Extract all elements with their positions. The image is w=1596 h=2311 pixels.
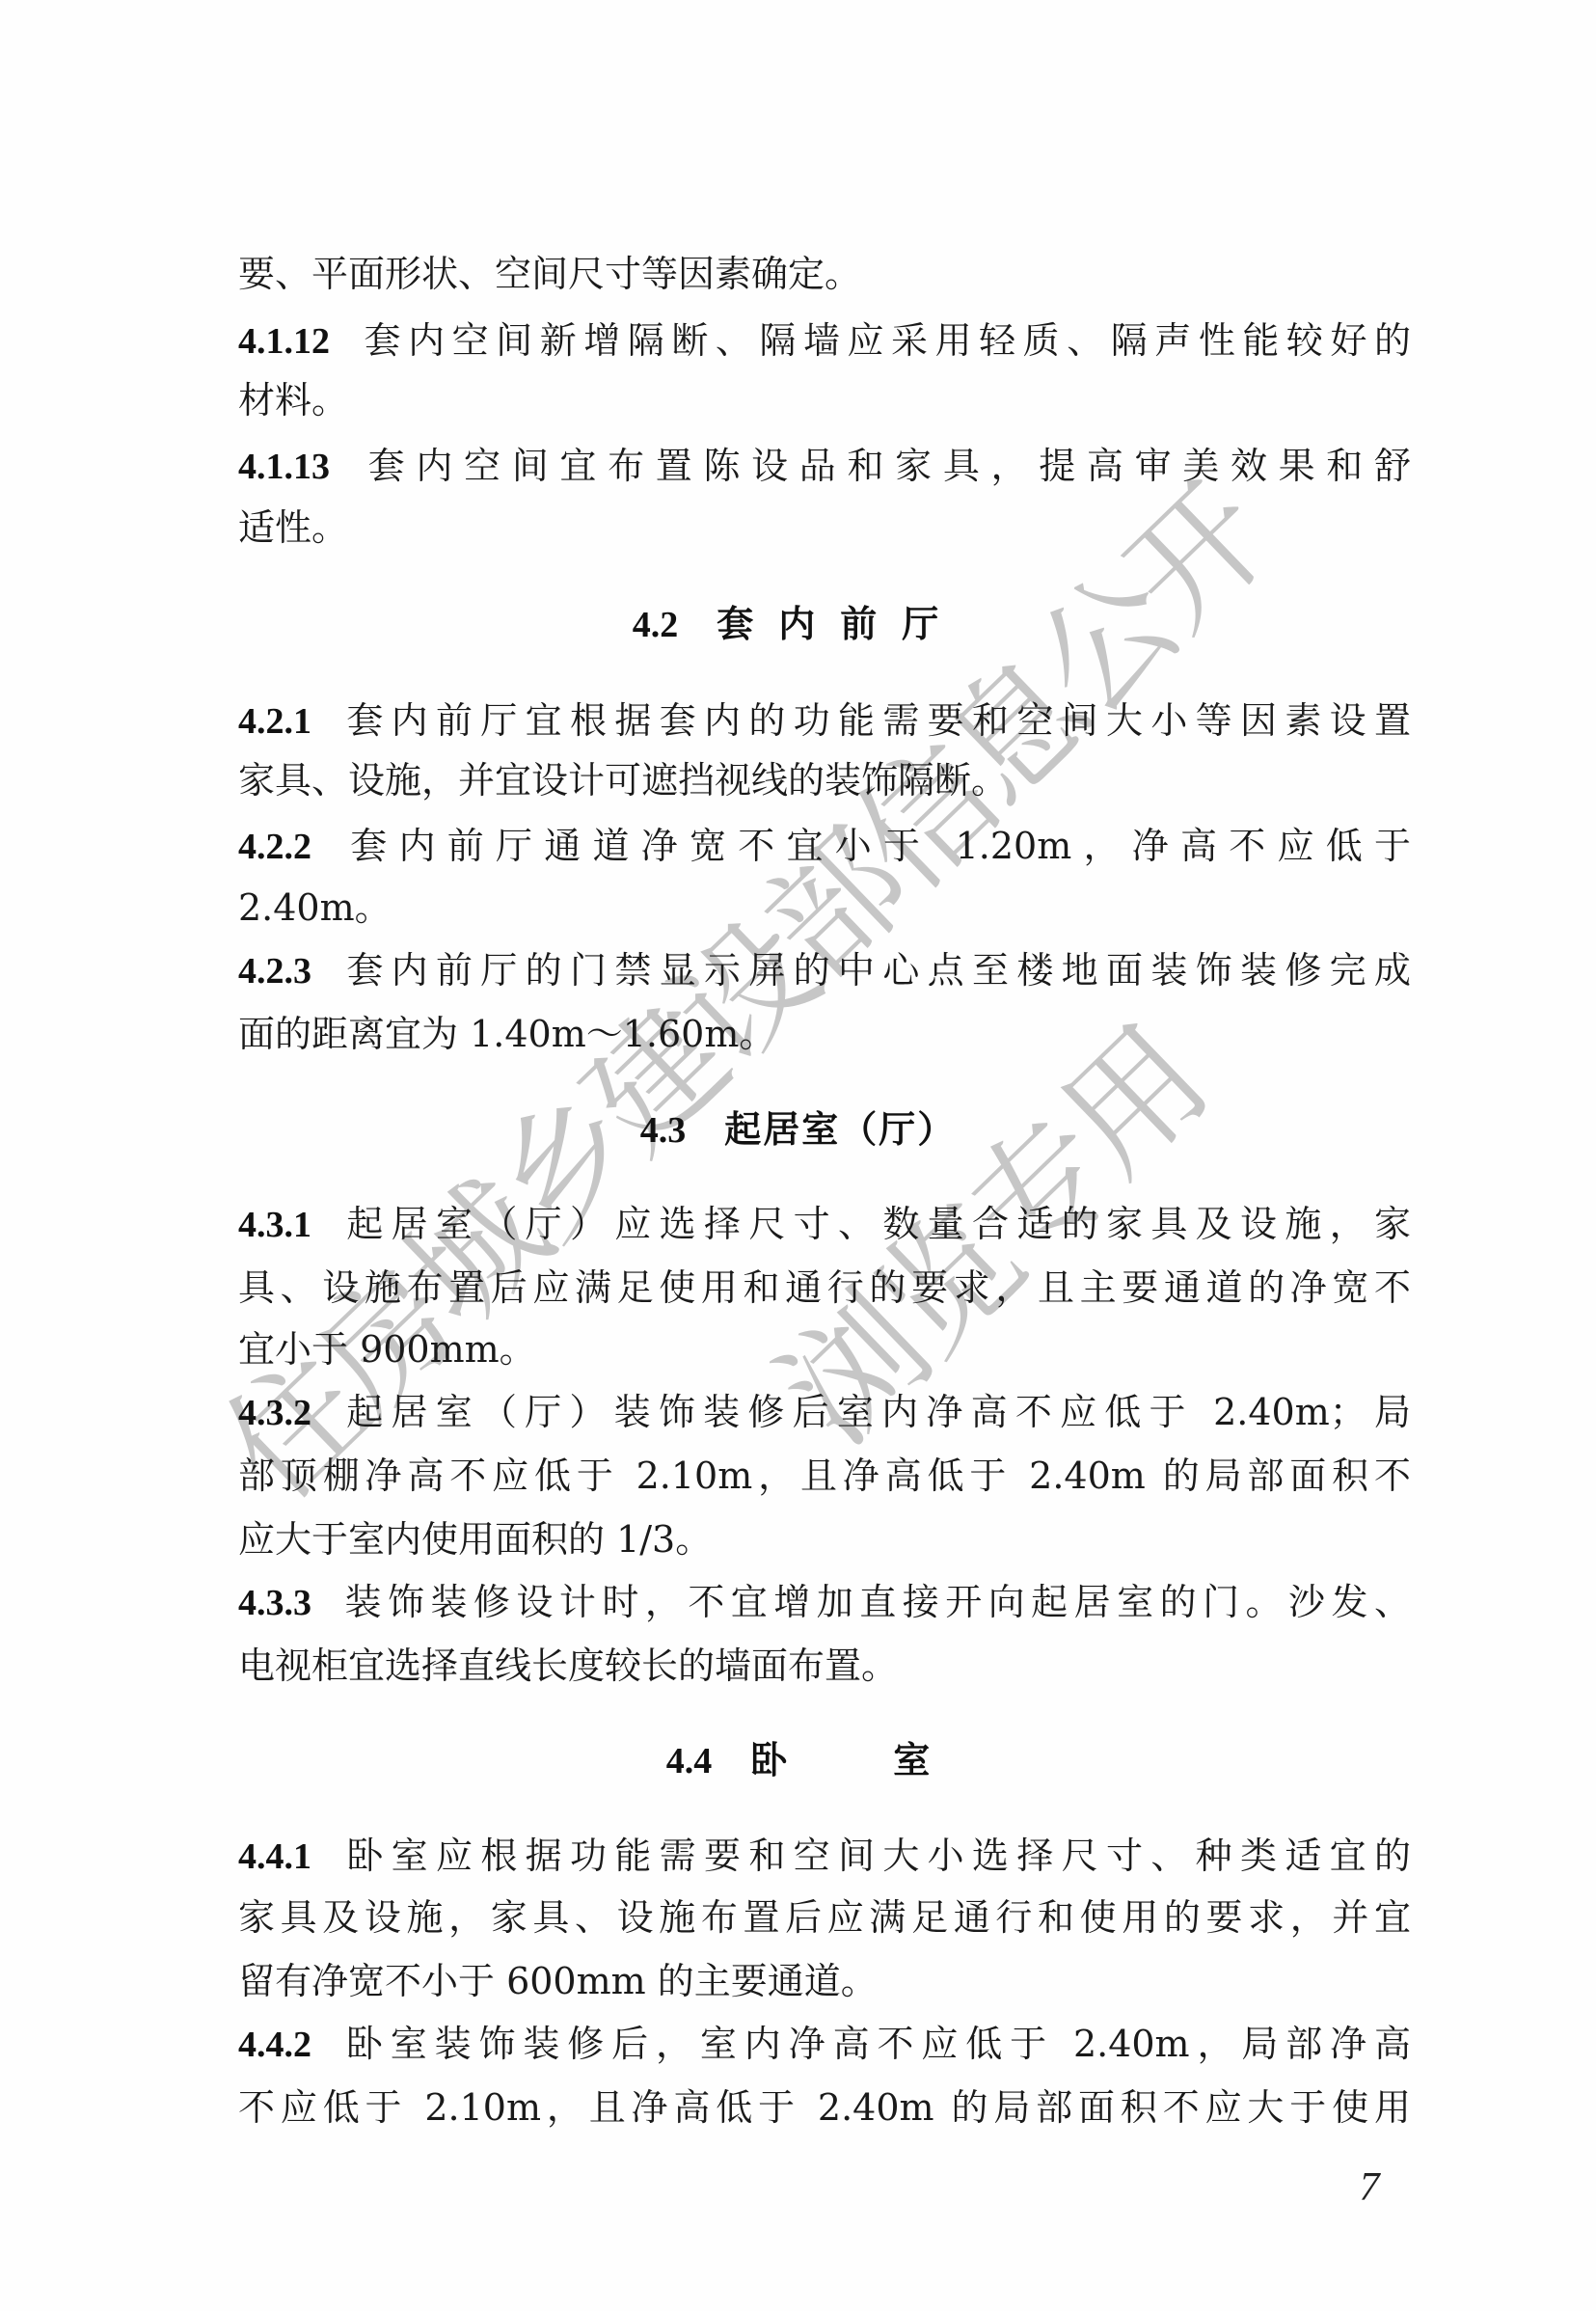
clause-text: 家具及设施，家具、设施布置后应满足通行和使用的要求，并宜 (238, 1896, 1411, 1939)
section-title: 起居室（厅） (724, 1108, 956, 1151)
clause-4-3-1: 4.3.1起居室（厅）应选择尺寸、数量合适的家具及设施，家 (238, 1200, 1411, 1248)
clause-text: 套内前厅宜根据套内的功能需要和空间大小等因素设置 (338, 699, 1411, 742)
document-page: 住房城乡建设部信息公开 浏览专用 要、平面形状、空间尺寸等因素确定。 4.1.1… (0, 0, 1596, 2311)
clause-text: 套内前厅的门禁显示屏的中心点至楼地面装饰装修完成 (338, 949, 1411, 992)
clause-4-4-1-continued: 家具及设施，家具、设施布置后应满足通行和使用的要求，并宜 (238, 1893, 1411, 1942)
clause-text: 起居室（厅）装饰装修后室内净高不应低于 2.40m；局 (338, 1391, 1411, 1433)
clause-number: 4.4.1 (238, 1833, 311, 1881)
clause-text: 2.40m。 (238, 886, 392, 929)
clause-4-2-3: 4.2.3套内前厅的门禁显示屏的中心点至楼地面装饰装修完成 (238, 946, 1411, 994)
clause-text: 应大于室内使用面积的 1/3。 (238, 1518, 712, 1561)
clause-4-2-1: 4.2.1套内前厅宜根据套内的功能需要和空间大小等因素设置 (238, 696, 1411, 745)
clause-4-4-1-continued-2: 留有净宽不小于 600mm 的主要通道。 (238, 1957, 1411, 2005)
clause-4-3-2-continued-2: 应大于室内使用面积的 1/3。 (238, 1515, 1411, 1563)
clause-4-4-2-continued: 不应低于 2.10m，且净高低于 2.40m 的局部面积不应大于使用 (238, 2083, 1411, 2132)
clause-text: 卧室应根据功能需要和空间大小选择尺寸、种类适宜的 (338, 1835, 1411, 1877)
clause-number: 4.2.1 (238, 697, 311, 746)
clause-number: 4.1.13 (238, 443, 330, 491)
clause-text: 电视柜宜选择直线长度较长的墙面布置。 (238, 1645, 898, 1687)
section-number: 4.3 (640, 1110, 687, 1151)
clause-text: 装饰装修设计时，不宜增加直接开向起居室的门。沙发、 (338, 1581, 1411, 1623)
section-number: 4.2 (633, 605, 679, 645)
clause-text: 部顶棚净高不应低于 2.10m，且净高低于 2.40m 的局部面积不 (238, 1455, 1411, 1497)
clause-4-3-2: 4.3.2起居室（厅）装饰装修后室内净高不应低于 2.40m；局 (238, 1388, 1411, 1436)
paragraph-continuation: 要、平面形状、空间尺寸等因素确定。 (238, 250, 1411, 298)
section-heading-4-3: 4.3起居室（厅） (0, 1102, 1596, 1156)
clause-text: 不应低于 2.10m，且净高低于 2.40m 的局部面积不应大于使用 (238, 2086, 1411, 2129)
clause-4-3-3: 4.3.3装饰装修设计时，不宜增加直接开向起居室的门。沙发、 (238, 1578, 1411, 1626)
clause-text: 面的距离宜为 1.40m～1.60m。 (238, 1013, 775, 1055)
clause-text: 材料。 (238, 379, 348, 421)
clause-number: 4.3.3 (238, 1579, 311, 1627)
clause-4-1-13: 4.1.13套内空间宜布置陈设品和家具，提高审美效果和舒 (238, 442, 1411, 490)
clause-text: 套内空间宜布置陈设品和家具，提高审美效果和舒 (357, 445, 1411, 487)
clause-4-2-1-continued: 家具、设施，并宜设计可遮挡视线的装饰隔断。 (238, 756, 1411, 804)
clause-4-3-1-continued-2: 宜小于 900mm。 (238, 1325, 1411, 1373)
clause-number: 4.1.12 (238, 317, 330, 366)
clause-4-3-1-continued: 具、设施布置后应满足使用和通行的要求，且主要通道的净宽不 (238, 1264, 1411, 1312)
clause-text: 宜小于 900mm。 (238, 1328, 536, 1371)
clause-text: 套内前厅通道净宽不宜小于 1.20m，净高不应低于 (338, 825, 1411, 867)
clause-4-4-2: 4.4.2卧室装饰装修后，室内净高不应低于 2.40m，局部净高 (238, 2020, 1411, 2068)
section-number: 4.4 (666, 1741, 713, 1781)
clause-number: 4.2.2 (238, 823, 311, 871)
clause-text: 卧室装饰装修后，室内净高不应低于 2.40m，局部净高 (338, 2023, 1411, 2065)
clause-text: 家具、设施，并宜设计可遮挡视线的装饰隔断。 (238, 759, 1008, 802)
clause-4-2-2-continued: 2.40m。 (238, 884, 1411, 932)
clause-4-2-3-continued: 面的距离宜为 1.40m～1.60m。 (238, 1010, 1411, 1058)
page-number: 7 (1350, 2161, 1389, 2215)
clause-4-1-13-continued: 适性。 (238, 503, 1411, 552)
section-heading-4-4: 4.4卧室 (0, 1733, 1596, 1787)
clause-4-4-1: 4.4.1卧室应根据功能需要和空间大小选择尺寸、种类适宜的 (238, 1832, 1411, 1880)
section-title: 套内前厅 (717, 603, 963, 645)
clause-number: 4.3.1 (238, 1201, 311, 1249)
clause-4-3-3-continued: 电视柜宜选择直线长度较长的墙面布置。 (238, 1642, 1411, 1690)
clause-text: 套内空间新增隔断、隔墙应采用轻质、隔声性能较好的 (357, 319, 1411, 362)
section-title: 卧室 (750, 1739, 1036, 1781)
clause-4-2-2: 4.2.2套内前厅通道净宽不宜小于 1.20m，净高不应低于 (238, 822, 1411, 870)
clause-number: 4.4.2 (238, 2021, 311, 2069)
clause-text: 适性。 (238, 506, 348, 549)
paragraph-text: 要、平面形状、空间尺寸等因素确定。 (238, 253, 861, 295)
clause-4-1-12-continued: 材料。 (238, 376, 1411, 424)
clause-4-1-12: 4.1.12套内空间新增隔断、隔墙应采用轻质、隔声性能较好的 (238, 316, 1411, 365)
clause-number: 4.2.3 (238, 947, 311, 995)
clause-number: 4.3.2 (238, 1389, 311, 1437)
section-heading-4-2: 4.2套内前厅 (0, 597, 1596, 651)
clause-text: 起居室（厅）应选择尺寸、数量合适的家具及设施，家 (338, 1203, 1411, 1245)
clause-4-3-2-continued: 部顶棚净高不应低于 2.10m，且净高低于 2.40m 的局部面积不 (238, 1452, 1411, 1500)
clause-text: 具、设施布置后应满足使用和通行的要求，且主要通道的净宽不 (238, 1266, 1411, 1309)
clause-text: 留有净宽不小于 600mm 的主要通道。 (238, 1960, 878, 2002)
